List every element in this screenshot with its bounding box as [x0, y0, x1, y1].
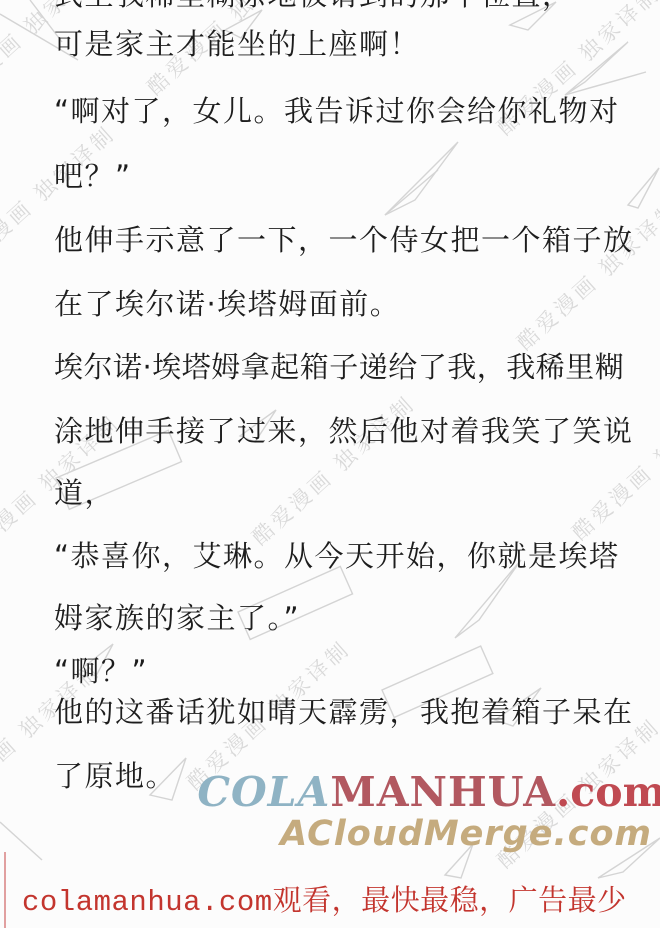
story-line: 吧？” [54, 160, 132, 193]
site-logo-line2: ACloudMerge.com [197, 814, 660, 854]
story-line: 在了埃尔诺·埃塔姆面前。 [54, 288, 400, 321]
story-line: 了原地。 [54, 760, 176, 793]
story-line: 道， [54, 477, 115, 510]
story-line: “啊对了，女儿。我告诉过你会给你礼物对 [54, 95, 620, 128]
logo-com-text: .com [556, 768, 660, 816]
story-line-clipped: 式上我稀里糊涂地被请到的那个位置， [54, 0, 573, 12]
comic-page: 酷爱漫画 独家译制 酷爱漫画 独家译制 酷爱漫画 独家译制 酷爱漫画 独家译制 … [0, 0, 660, 928]
story-line: 涂地伸手接了过来，然后他对着我笑了笑说 [54, 415, 634, 448]
footer-promo-text: colamanhua.com观看，最快最稳，广告最少 [22, 878, 627, 919]
story-line: 埃尔诺·埃塔姆拿起箱子递给了我，我稀里糊 [54, 351, 624, 384]
story-line: 他伸手示意了一下，一个侍女把一个箱子放 [54, 224, 634, 257]
story-line: 姆家族的家主了。” [54, 602, 300, 635]
site-watermark-text: 酷爱漫画 独家译制 [510, 193, 660, 356]
site-logo-line1: COLAMANHUA.com [197, 770, 660, 814]
story-line: “啊？” [54, 655, 148, 688]
site-watermark-text: 酷爱漫画 独家译制 [245, 388, 422, 551]
logo-manhua-text: MANHUA [330, 768, 556, 816]
story-line: “恭喜你，艾琳。从今天开始，你就是埃塔 [54, 540, 620, 573]
logo-cola-text: COLA [197, 768, 330, 816]
story-line: 可是家主才能坐的上座啊！ [54, 28, 420, 61]
left-edge-red-mark [4, 852, 6, 928]
story-line: 他的这番话犹如晴天霹雳，我抱着箱子呆在 [54, 696, 634, 729]
site-watermark-text: 酷爱漫画 独家译制 [565, 383, 660, 546]
site-logo: COLAMANHUA.com ACloudMerge.com [197, 770, 660, 854]
